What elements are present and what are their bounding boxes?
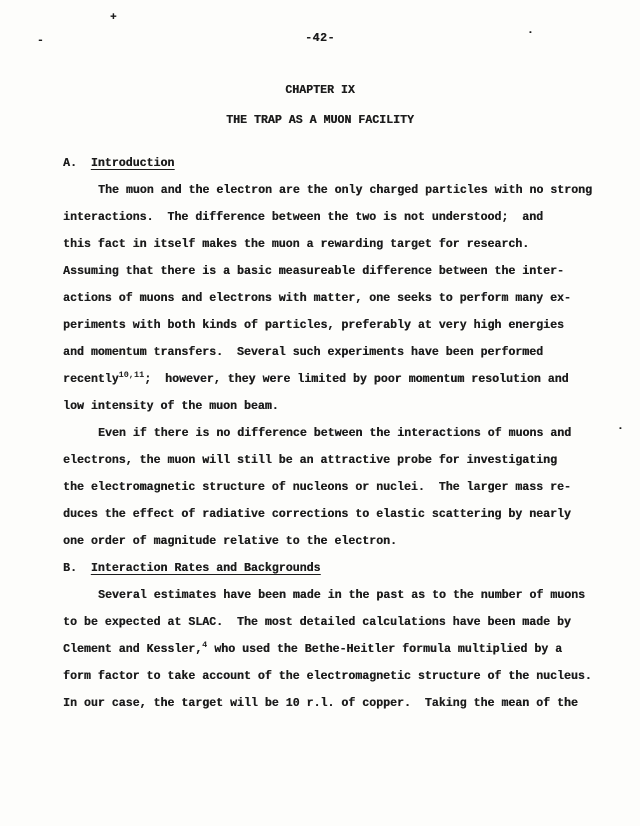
section-label: A. [63, 157, 91, 170]
text-segment: Even if there is no difference between t… [98, 427, 571, 440]
section: A. IntroductionThe muon and the electron… [63, 150, 597, 555]
document-body: A. IntroductionThe muon and the electron… [63, 150, 597, 717]
text-line: form factor to take account of the elect… [63, 663, 597, 690]
text-segment: who used the Bethe-Heitler formula multi… [207, 643, 562, 656]
text-segment: ; however, they were limited by poor mom… [144, 373, 568, 386]
text-segment: one order of magnitude relative to the e… [63, 535, 397, 548]
text-line: Clement and Kessler,4 who used the Bethe… [63, 636, 597, 663]
paragraph: Several estimates have been made in the … [63, 582, 597, 717]
text-line: actions of muons and electrons with matt… [63, 285, 597, 312]
text-line: low intensity of the muon beam. [63, 393, 597, 420]
paragraph: Even if there is no difference between t… [63, 420, 597, 555]
text-segment: and momentum transfers. Several such exp… [63, 346, 543, 359]
text-segment: duces the effect of radiative correction… [63, 508, 571, 521]
text-segment: electrons, the muon will still be an att… [63, 454, 557, 467]
text-line: interactions. The difference between the… [63, 204, 597, 231]
text-line: electrons, the muon will still be an att… [63, 447, 597, 474]
section-title: Introduction [91, 157, 175, 170]
text-line: The muon and the electron are the only c… [63, 177, 597, 204]
text-segment: Assuming that there is a basic measureab… [63, 265, 564, 278]
paragraph: The muon and the electron are the only c… [63, 177, 597, 420]
page-number: -42- [0, 32, 640, 48]
text-segment: Clement and Kessler, [63, 643, 202, 656]
text-line: recently10,11; however, they were limite… [63, 366, 597, 393]
text-segment: this fact in itself makes the muon a rew… [63, 238, 529, 251]
text-segment: actions of muons and electrons with matt… [63, 292, 571, 305]
section: B. Interaction Rates and BackgroundsSeve… [63, 555, 597, 717]
text-line: this fact in itself makes the muon a rew… [63, 231, 597, 258]
text-segment: the electromagnetic structure of nucleon… [63, 481, 571, 494]
text-line: periments with both kinds of particles, … [63, 312, 597, 339]
chapter-title: THE TRAP AS A MUON FACILITY [0, 114, 640, 130]
text-line: one order of magnitude relative to the e… [63, 528, 597, 555]
chapter-heading: CHAPTER IX [0, 84, 640, 100]
text-segment: to be expected at SLAC. The most detaile… [63, 616, 571, 629]
text-line: duces the effect of radiative correction… [63, 501, 597, 528]
text-line: Assuming that there is a basic measureab… [63, 258, 597, 285]
section-heading: A. Introduction [63, 150, 597, 177]
text-line: Several estimates have been made in the … [63, 582, 597, 609]
text-line: In our case, the target will be 10 r.l. … [63, 690, 597, 717]
superscript-reference: 4 [202, 640, 207, 650]
text-segment: periments with both kinds of particles, … [63, 319, 564, 332]
section-title: Interaction Rates and Backgrounds [91, 562, 321, 575]
section-label: B. [63, 562, 91, 575]
superscript-reference: 10,11 [119, 370, 145, 380]
text-segment: Several estimates have been made in the … [98, 589, 585, 602]
text-segment: low intensity of the muon beam. [63, 400, 279, 413]
text-segment: recently [63, 373, 119, 386]
section-heading: B. Interaction Rates and Backgrounds [63, 555, 597, 582]
text-segment: form factor to take account of the elect… [63, 670, 592, 683]
text-line: and momentum transfers. Several such exp… [63, 339, 597, 366]
text-segment: In our case, the target will be 10 r.l. … [63, 697, 578, 710]
scan-artifact-plus: + [110, 13, 117, 23]
text-line: Even if there is no difference between t… [63, 420, 597, 447]
text-line: the electromagnetic structure of nucleon… [63, 474, 597, 501]
text-segment: The muon and the electron are the only c… [98, 184, 592, 197]
scan-artifact-dot: . [617, 422, 624, 432]
document-page: + - . . -42- CHAPTER IX THE TRAP AS A MU… [0, 0, 640, 826]
text-line: to be expected at SLAC. The most detaile… [63, 609, 597, 636]
text-segment: interactions. The difference between the… [63, 211, 543, 224]
